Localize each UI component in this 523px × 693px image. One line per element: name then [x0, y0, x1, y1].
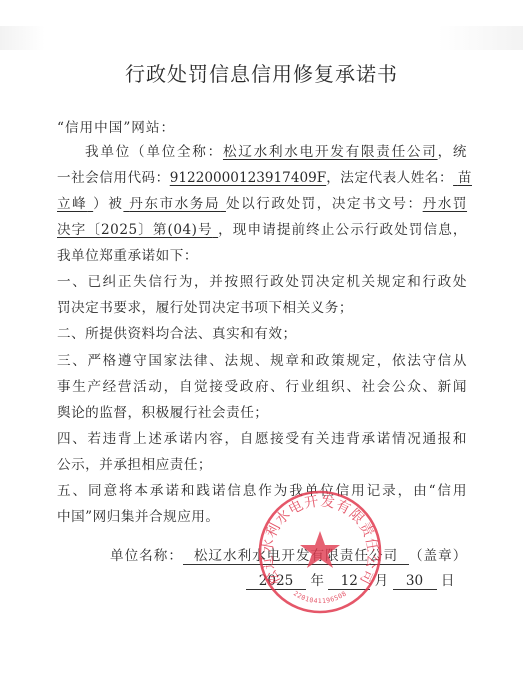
credit-code: 91220000123917409F	[170, 170, 326, 186]
commitment-5-line-2: 中国”网归集并合规应用。	[57, 508, 467, 526]
intro-line-4: 决字〔2025〕第(04)号 ，现申请提前终止公示行政处罚信息，	[57, 221, 467, 239]
signature-date-row: 2025 年 12 月 30 日	[246, 569, 454, 590]
decision-number-part1: 丹水罚	[423, 196, 467, 212]
intro-line-5: 我单位郑重承诺如下：	[57, 247, 467, 265]
document-title: 行政处罚信息信用修复承诺书	[0, 58, 523, 87]
commitment-4-line-1: 四、若违背上述承诺内容，自愿接受有关违背承诺情况通报和	[57, 430, 467, 448]
intro-line-3: 立峰 ）被 丹东市水务局 处以行政处罚，决定书文号：丹水罚	[57, 195, 467, 213]
company-name: 松辽水利水电开发有限责任公司	[223, 144, 438, 160]
year-field: 2025	[246, 573, 306, 590]
commitment-1-line-1: 一、已纠正失信行为，并按照行政处罚决定机关规定和行政处	[57, 273, 467, 291]
authority-name: 丹东市水务局	[123, 196, 226, 212]
day-field: 30	[393, 573, 437, 590]
legal-rep-name-part1: 苗	[453, 170, 472, 186]
commitment-3-line-2: 事生产经营活动，自觉接受政府、行业组织、社会公众、新闻	[57, 378, 467, 396]
scan-edge-shadow-right	[438, 26, 523, 50]
unit-name-field: 松辽水利水电开发有限责任公司	[183, 548, 409, 565]
intro-line-1: 我单位（单位全称：松辽水利水电开发有限责任公司，统	[85, 143, 467, 161]
signature-unit-row: 单位名称：松辽水利水电开发有限责任公司（盖章）	[110, 544, 467, 565]
commitment-3-line-1: 三、严格遵守国家法律、法规、规章和政策规定，依法守信从	[57, 352, 467, 370]
intro-line-2: 一社会信用代码：91220000123917409F，法定代表人姓名： 苗	[57, 169, 467, 187]
greeting: “信用中国”网站：	[57, 116, 175, 136]
decision-number-part2: 决字〔2025〕第(04)号	[57, 222, 218, 238]
commitment-2-line-1: 二、所提供资料均合法、真实和有效；	[57, 325, 467, 343]
commitment-3-line-3: 舆论的监督，积极履行社会责任；	[57, 404, 467, 422]
scan-edge-shadow-left	[0, 26, 45, 50]
commitment-4-line-2: 公示，并承担相应责任；	[57, 456, 467, 474]
stamp-note: （盖章）	[409, 548, 467, 564]
month-field: 12	[328, 573, 370, 590]
commitment-1-line-2: 罚决定书要求，履行处罚决定书项下相关义务；	[57, 299, 467, 317]
legal-rep-name-part2: 立峰	[57, 196, 93, 212]
unit-name-label: 单位名称：	[110, 548, 183, 564]
svg-text:2201041196508: 2201041196508	[292, 589, 348, 605]
commitment-5-line-1: 五、同意将本承诺和践诺信息作为我单位信用记录，由“信用	[57, 482, 467, 500]
